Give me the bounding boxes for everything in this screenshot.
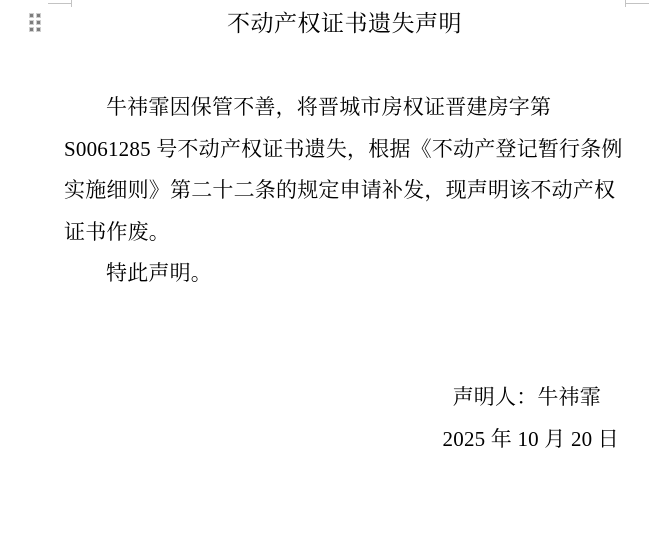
body-line-closing[interactable]: 特此声明。 [64, 253, 625, 295]
body-line[interactable]: 实施细则》第二十二条的规定申请补发，现声明该不动产权 [64, 170, 625, 212]
document-body[interactable]: 牛祎霏因保管不善，将晋城市房权证晋建房字第 S0061285 号不动产权证书遗失… [64, 87, 625, 295]
text-boundary-mark-right-icon [625, 0, 649, 7]
signature-block[interactable]: 声明人：牛祎霏 2025 年 10 月 20 日 [64, 377, 625, 460]
body-line[interactable]: 牛祎霏因保管不善，将晋城市房权证晋建房字第 [64, 87, 625, 129]
date-line[interactable]: 2025 年 10 月 20 日 [64, 419, 625, 461]
body-line[interactable]: 证书作废。 [64, 212, 625, 254]
paragraph-drag-handle-icon[interactable] [30, 14, 40, 31]
text-boundary-mark-left-icon [48, 0, 72, 7]
document-title[interactable]: 不动产权证书遗失声明 [64, 9, 625, 38]
body-line[interactable]: S0061285 号不动产权证书遗失，根据《不动产登记暂行条例 [64, 129, 625, 171]
declarant-line[interactable]: 声明人：牛祎霏 [64, 377, 625, 419]
document-page[interactable]: 不动产权证书遗失声明 牛祎霏因保管不善，将晋城市房权证晋建房字第 S006128… [0, 0, 672, 553]
